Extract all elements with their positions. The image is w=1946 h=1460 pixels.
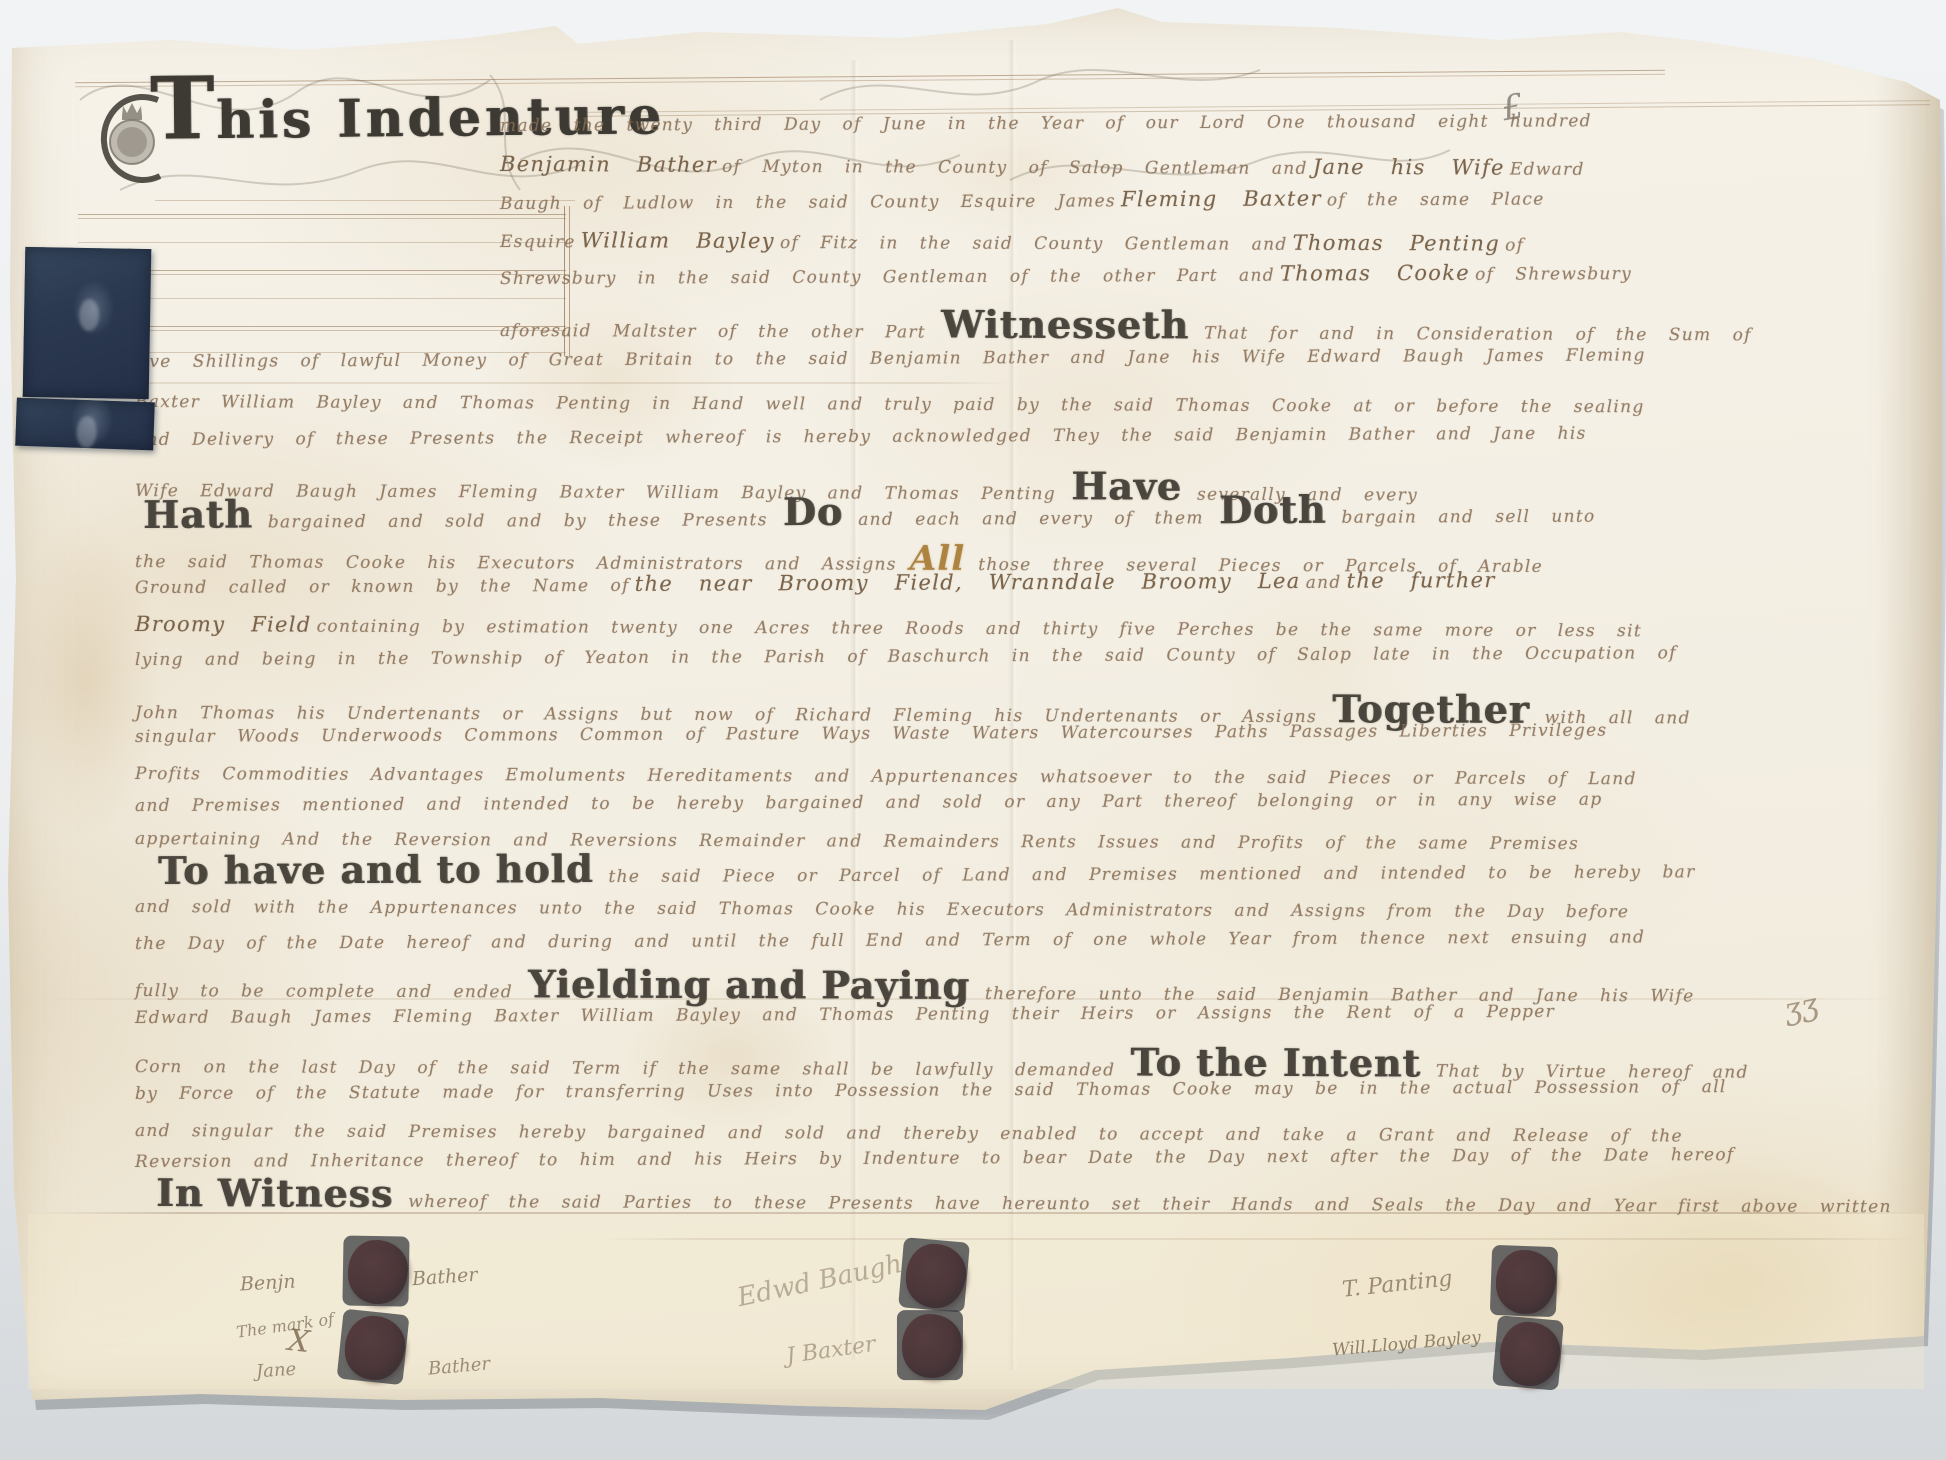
document-photo: { "colors": { "parchment": "#f3eee2", "b…: [0, 0, 1946, 1460]
witness-signature: Bather: [427, 1353, 491, 1379]
witness-signature: J Baxter: [785, 1332, 877, 1369]
witness-signature: T. Panting: [1341, 1266, 1454, 1302]
witness-signature: Will.Lloyd Bayley: [1331, 1328, 1481, 1361]
photo-canvas: This Indenture £ ʒʒ made the twenty thir…: [0, 0, 1946, 1460]
witness-signature: Jane: [255, 1359, 297, 1383]
witness-signature: X: [286, 1323, 311, 1360]
witness-signature: Edwd Baugh: [735, 1249, 905, 1313]
signature-layer: BenjnBatherThe mark ofXJaneBatherEdwd Ba…: [0, 0, 1946, 1460]
witness-signature: Bather: [411, 1264, 478, 1291]
witness-signature: The mark of: [235, 1309, 335, 1341]
witness-signature: Benjn: [239, 1271, 296, 1296]
